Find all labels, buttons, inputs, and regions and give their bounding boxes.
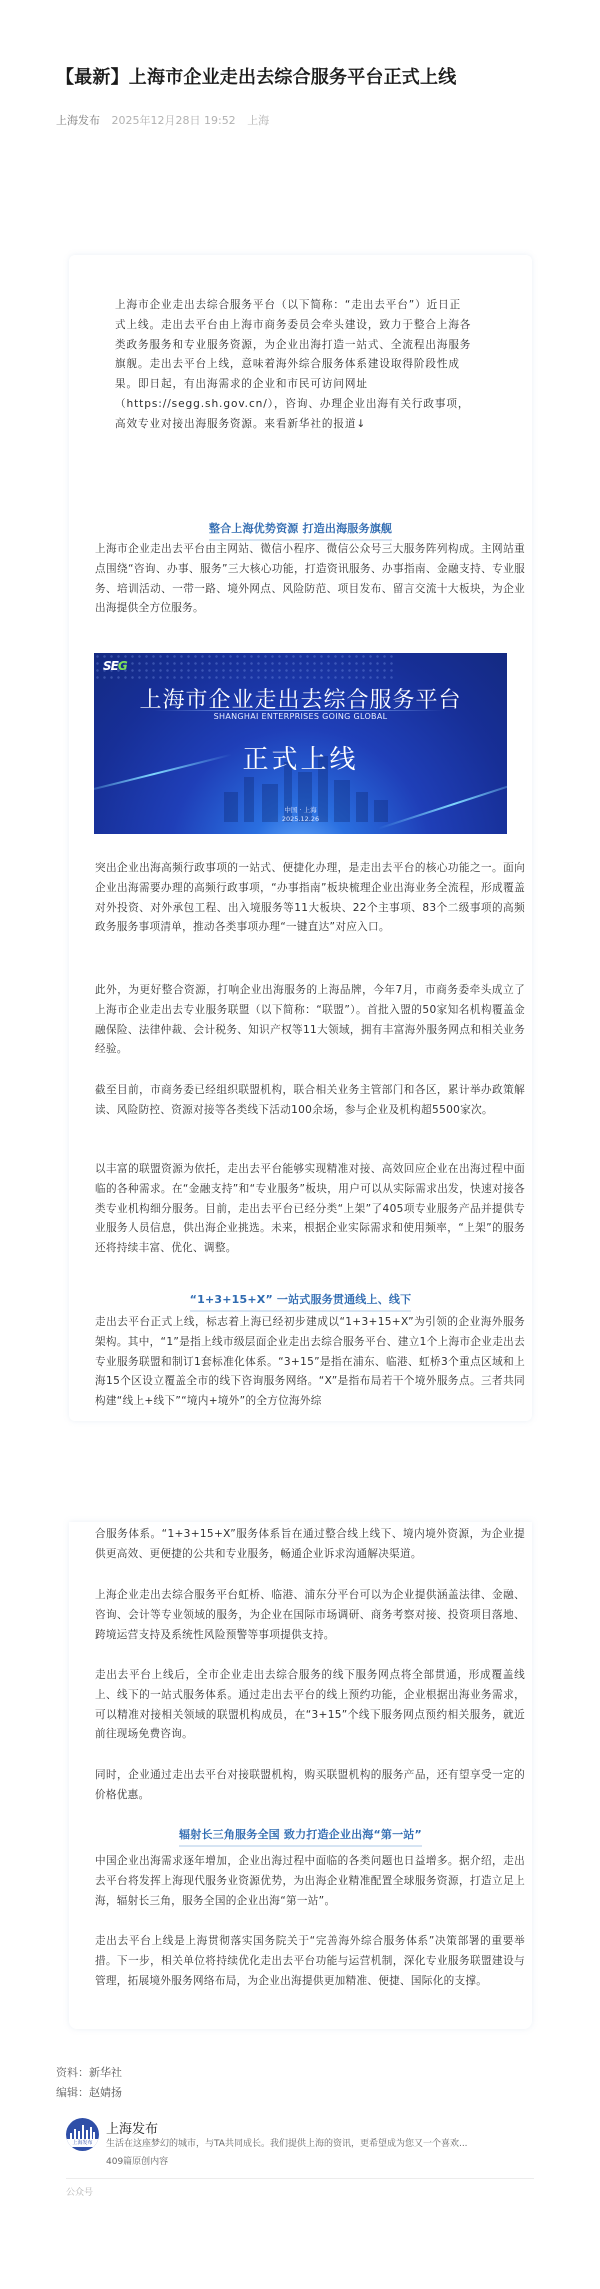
original-content-count: 409篇原创内容	[106, 2154, 168, 2167]
banner-headline: 正式上线	[94, 739, 507, 776]
skyline-icon	[70, 2125, 95, 2139]
banner-dot-pattern	[94, 653, 394, 683]
section-heading-3: 辐射长三角服务全国 致力打造企业出海“第一站”	[69, 1823, 532, 1847]
banner-place: 中国 · 上海	[94, 805, 507, 814]
article-card-1: 上海市企业走出去综合服务平台（以下简称：“走出去平台”）近日正 式上线。走出去平…	[69, 255, 532, 1421]
intro-line: 高效专业对接出海服务资源。来看新华社的报道↓	[115, 415, 510, 435]
article-card-2: 合服务体系。“1+3+15+X”服务体系旨在通过整合线上线下、境内境外资源，为企…	[69, 1522, 532, 2029]
paragraph: 以丰富的联盟资源为依托，走出去平台能够实现精准对接、高效回应企业在出海过程中面临…	[95, 1160, 525, 1259]
section-heading-1: 整合上海优势资源 打造出海服务旗舰	[69, 517, 532, 541]
article-location: 上海	[247, 114, 269, 127]
seg-logo: SEG	[103, 659, 127, 673]
intro-line: 旗舰。走出去平台上线，意味着海外综合服务体系建设取得阶段性成	[115, 355, 510, 375]
banner-date: 2025.12.26	[94, 815, 507, 823]
paragraph: 走出去平台正式上线，标志着上海已经初步建成以“1+3+15+X”为引领的企业海外…	[95, 1313, 525, 1412]
paragraph: 合服务体系。“1+3+15+X”服务体系旨在通过整合线上线下、境内境外资源，为企…	[95, 1525, 525, 1565]
paragraph: 突出企业出海高频行政事项的一站式、便捷化办理，是走出去平台的核心功能之一。面向企…	[95, 859, 525, 938]
platform-launch-banner-image: SEG 上海市企业走出去综合服务平台 SHANGHAI ENTERPRISES …	[94, 653, 507, 834]
article-meta: 上海发布 2025年12月28日 19:52 上海	[56, 112, 269, 128]
intro-line: 上海市企业走出去综合服务平台（以下简称：“走出去平台”）近日正	[115, 296, 510, 316]
intro-line: 类政务服务和专业服务资源，为企业出海打造一站式、全流程出海服务	[115, 336, 510, 356]
account-description: 生活在这座梦幻的城市，与TA共同成长。我们提供上海的资讯，更希望成为您又一个喜欢…	[106, 2136, 526, 2149]
account-name[interactable]: 上海发布	[106, 2118, 158, 2137]
paragraph: 走出去平台上线是上海贯彻落实国务院关于“完善海外综合服务体系”决策部署的重要举措…	[95, 1932, 525, 1991]
paragraph: 截至目前，市商务委已经组织联盟机构，联合相关业务主管部门和各区，累计举办政策解读…	[95, 1081, 525, 1121]
account-avatar[interactable]: 上海发布	[66, 2118, 99, 2151]
paragraph: 同时，企业通过走出去平台对接联盟机构，购买联盟机构的服务产品，还有望享受一定的价…	[95, 1766, 525, 1806]
section-heading-2: “1+3+15+X” 一站式服务贯通线上、线下	[69, 1288, 532, 1312]
banner-glow-line	[154, 710, 444, 711]
article-date: 2025年12月28日 19:52	[112, 114, 236, 127]
intro-line: 式上线。走出去平台由上海市商务委员会牵头建设，致力于整合上海各	[115, 316, 510, 336]
intro-line: 果。即日起，有出海需求的企业和市民可访问网址	[115, 375, 510, 395]
paragraph: 上海企业走出去综合服务平台虹桥、临港、浦东分平台可以为企业提供涵盖法律、金融、咨…	[95, 1586, 525, 1645]
paragraph: 走出去平台上线后，全市企业走出去综合服务的线下服务网点将全部贯通，形成覆盖线上、…	[95, 1666, 525, 1745]
divider	[66, 2178, 534, 2179]
banner-title-en: SHANGHAI ENTERPRISES GOING GLOBAL	[94, 712, 507, 721]
source-credit: 资料：新华社	[56, 2064, 122, 2080]
account-type-label: 公众号	[66, 2185, 93, 2198]
intro-paragraph: 上海市企业走出去综合服务平台（以下简称：“走出去平台”）近日正 式上线。走出去平…	[115, 296, 510, 435]
paragraph: 此外，为更好整合资源，打响企业出海服务的上海品牌，今年7月，市商务委牵头成立了上…	[95, 981, 525, 1060]
editor-credit: 编辑：赵婧扬	[56, 2084, 122, 2100]
article-title: 【最新】上海市企业走出去综合服务平台正式上线	[56, 63, 556, 89]
paragraph: 上海市企业走出去平台由主网站、微信小程序、微信公众号三大服务阵列构成。主网站重点…	[95, 540, 525, 619]
account-profile-card[interactable]: 上海发布 上海发布 生活在这座梦幻的城市，与TA共同成长。我们提供上海的资讯，更…	[66, 2118, 536, 2178]
paragraph: 中国企业出海需求逐年增加，企业出海过程中面临的各类问题也日益增多。据介绍，走出去…	[95, 1852, 525, 1911]
intro-url-line[interactable]: （https://segg.sh.gov.cn/），咨询、办理企业出海有关行政事…	[115, 395, 510, 415]
article-author-link[interactable]: 上海发布	[56, 114, 100, 127]
